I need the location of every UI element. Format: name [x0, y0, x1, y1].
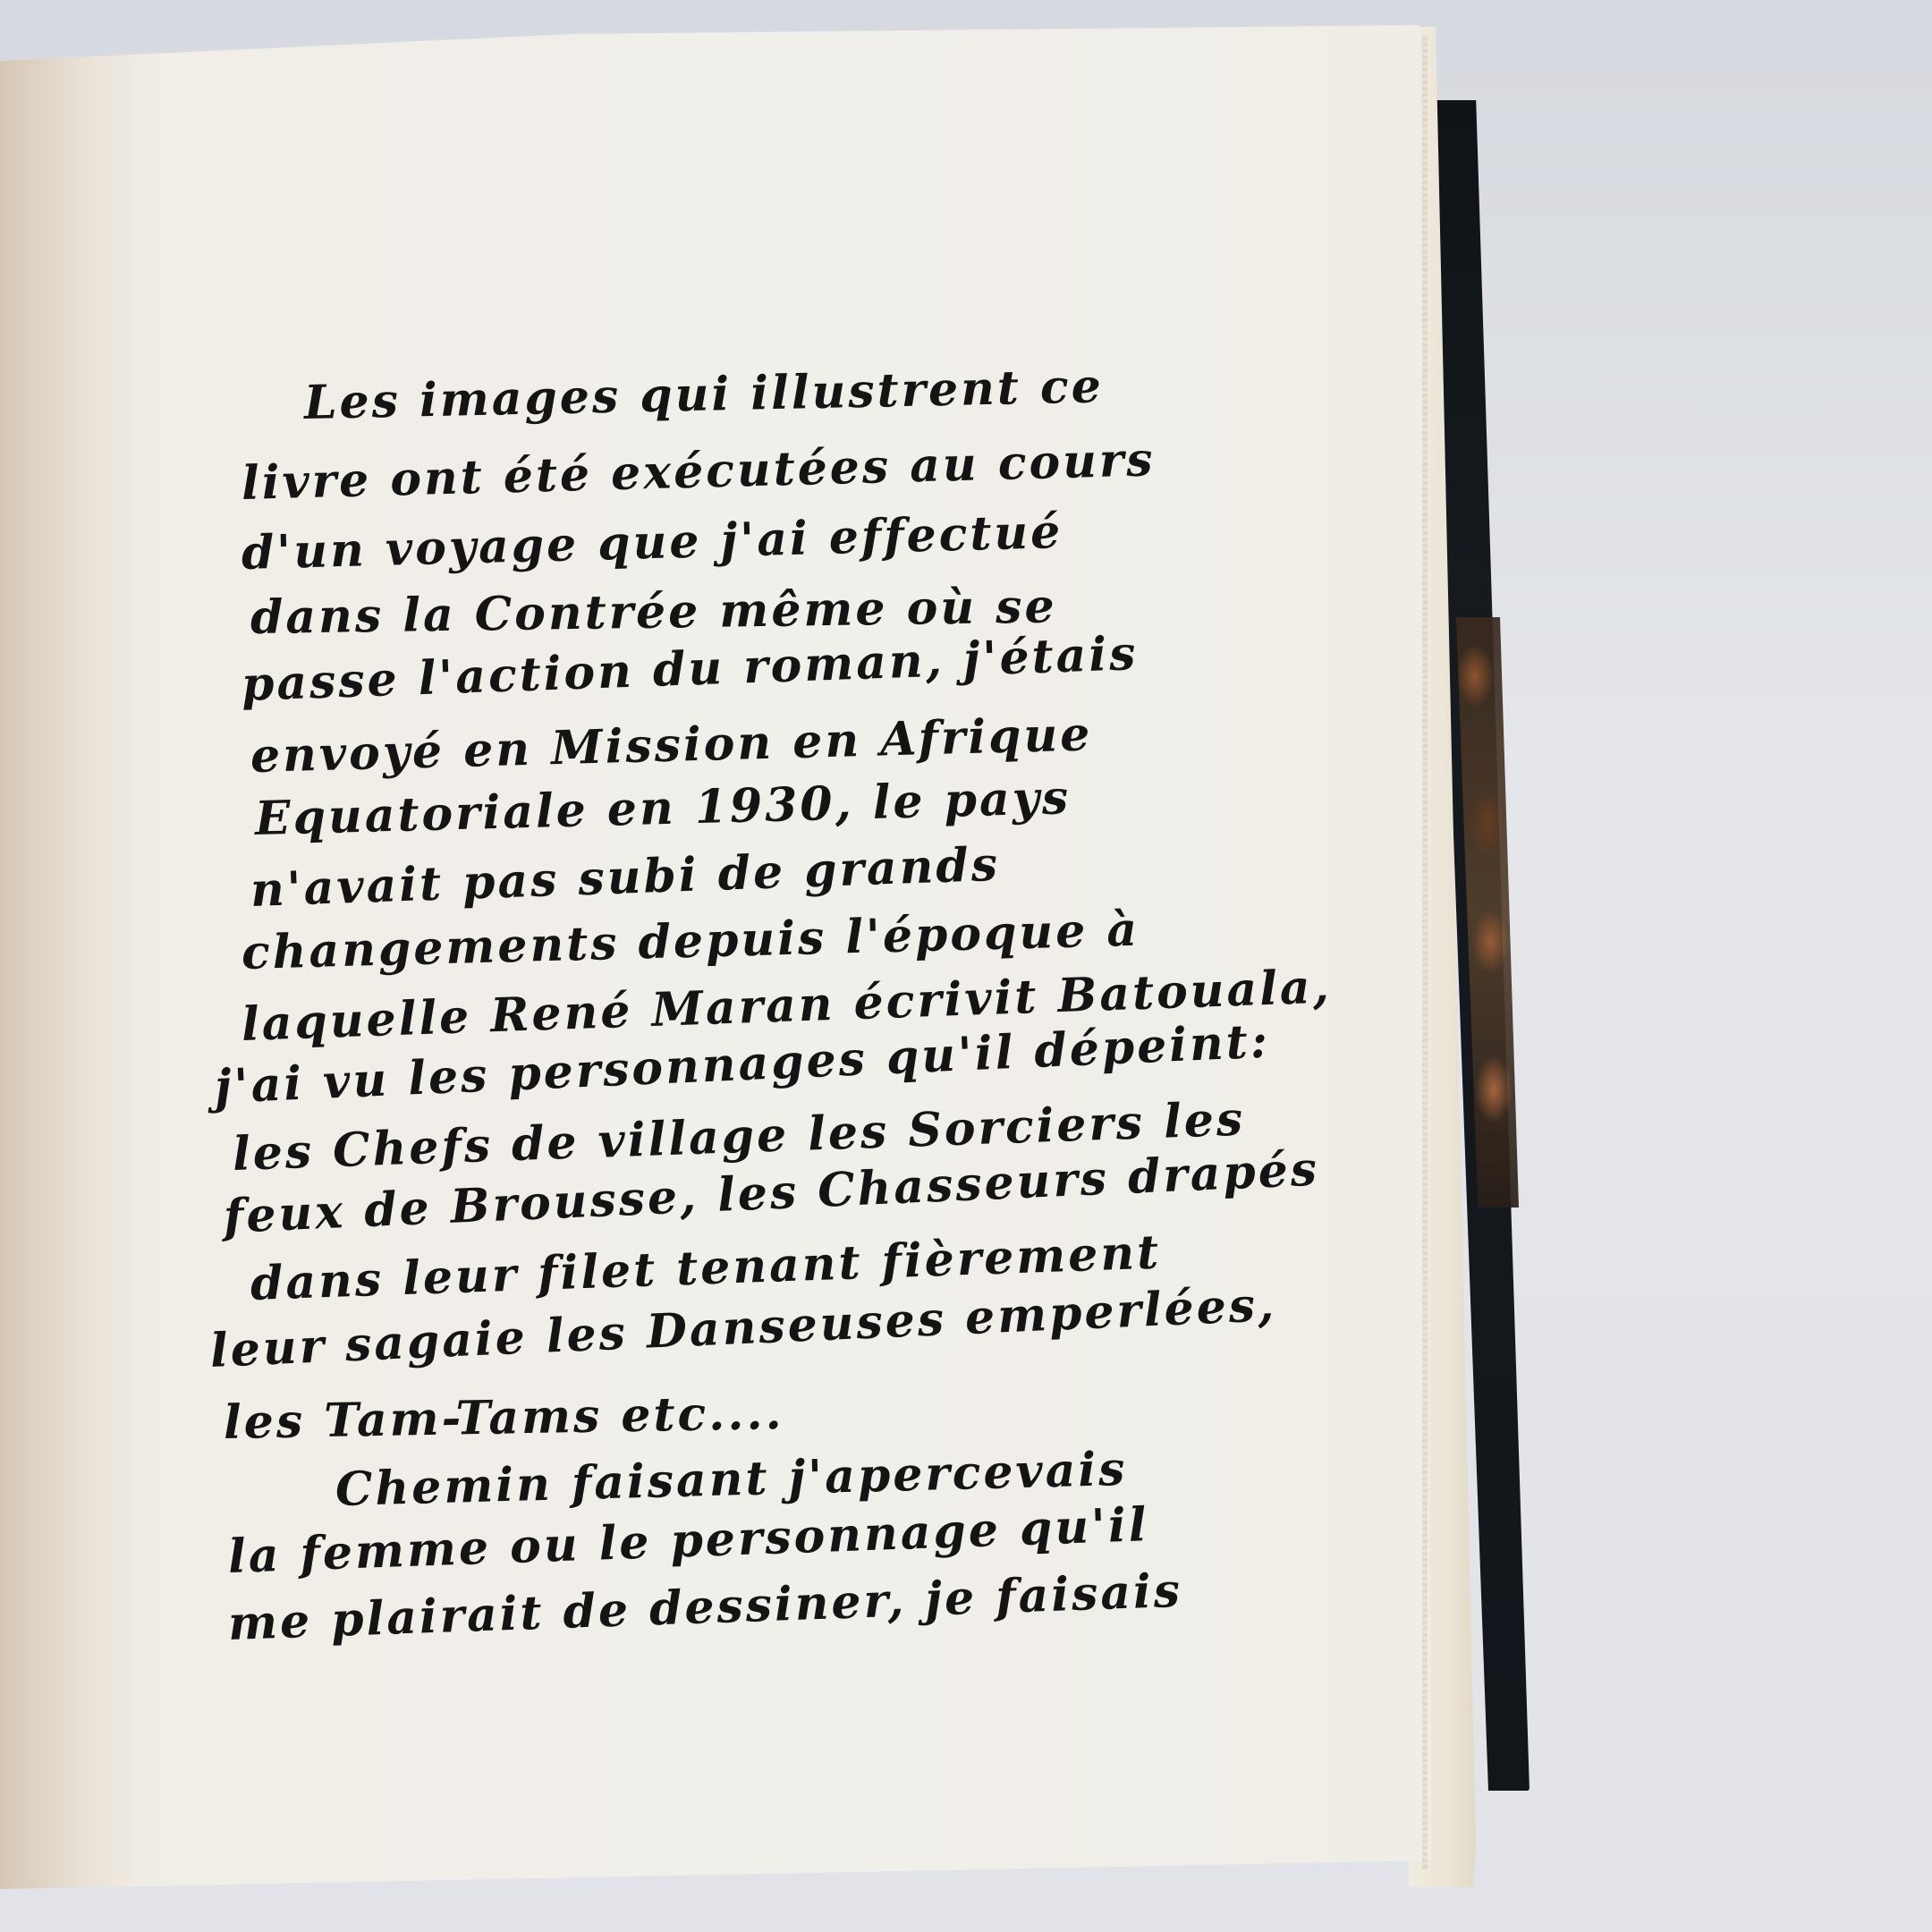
deckled-page-edge: [1422, 36, 1428, 1869]
gutter-shadow: [0, 54, 143, 1896]
manuscript-line: les Tam-Tams etc....: [223, 1385, 784, 1450]
book-photo-scene: Les images qui illustrent ce livre ont é…: [0, 0, 1932, 1932]
